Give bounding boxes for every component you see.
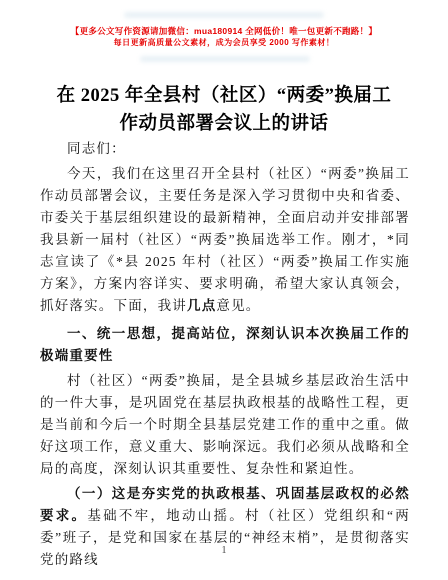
section-heading: 一、统一思想，提高站位，深刻认识本次换届工作的极端重要性 [40,323,410,367]
watermark-smudge [124,12,324,18]
text-run: 同志们： [67,141,126,156]
text-run: 村（社区）“两委”换届，是全县城乡基层政治生活中的一件大事，是巩固党在基层执政根… [40,373,410,476]
document-title: 在 2025 年全县村（社区）“两委”换届工作动员部署会议上的讲话 [48,82,400,138]
text-run: 意见。 [216,298,260,313]
text-run: 基础不牢，地动山摇。村（社区）党组织和“两委”班子，是党和国家在基层的“神经末梢… [40,508,410,567]
watermark-smudge [140,56,310,62]
document-body: 同志们：今天，我们在这里召开全县村（社区）“两委”换届工作动员部署会议，主要任务… [40,138,410,571]
paragraph: （一）这是夯实党的执政根基、巩固基层政权的必然要求。基础不牢，地动山摇。村（社区… [40,483,410,571]
ad-banner: 【更多公文写作资源请加微信：mua180914 全网低价！唯一包更新不跑路！】 … [0,25,448,49]
paragraph: 村（社区）“两委”换届，是全县城乡基层政治生活中的一件大事，是巩固党在基层执政根… [40,370,410,480]
page-number: 1 [0,545,448,556]
ad-banner-line2: 每日更新高质量公文素材，成为会员享受 2000 写作素材！ [0,37,448,49]
text-run: 几点 [187,298,216,313]
ad-banner-line1: 【更多公文写作资源请加微信：mua180914 全网低价！唯一包更新不跑路！】 [0,25,448,37]
text-run: 今天，我们在这里召开全县村（社区）“两委”换届工作动员部署会议，主要任务是深入学… [40,166,410,313]
paragraph: 今天，我们在这里召开全县村（社区）“两委”换届工作动员部署会议，主要任务是深入学… [40,163,410,317]
document-page: 【更多公文写作资源请加微信：mua180914 全网低价！唯一包更新不跑路！】 … [0,0,448,580]
text-run: 一、统一思想，提高站位，深刻认识本次换届工作的极端重要性 [40,326,410,363]
paragraph: 同志们： [40,138,410,160]
